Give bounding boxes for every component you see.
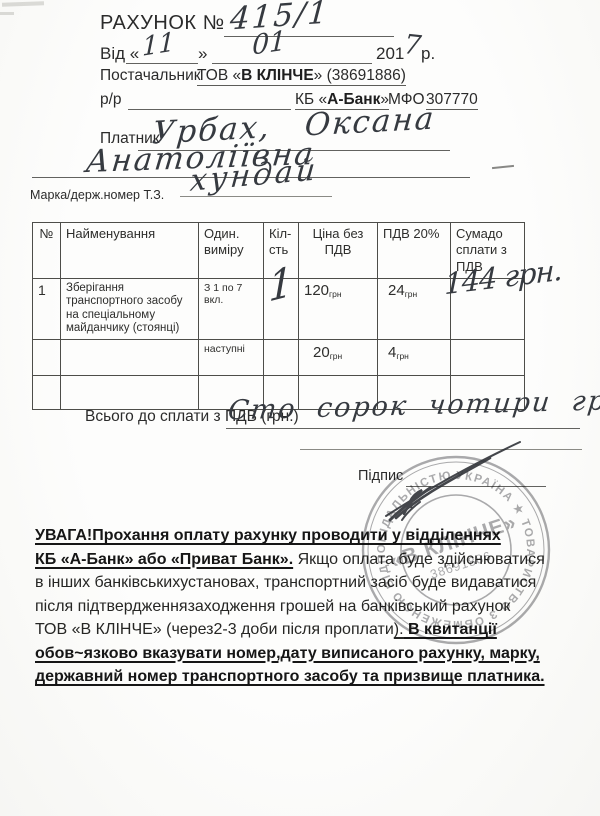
date-month-handwritten: 01: [252, 25, 287, 61]
cell-vat: 24грн: [378, 278, 451, 339]
cell-qty: [264, 340, 299, 376]
cell-name: [61, 340, 199, 376]
ruled-line: [212, 63, 372, 64]
vehicle-label: Марка/держ.номер Т.З.: [30, 188, 164, 202]
col-header-name: Найменування: [61, 223, 199, 279]
col-header-price: Ціна без ПДВ: [299, 223, 378, 279]
cell-price: 120грн: [299, 278, 378, 339]
invoice-table: № Найменування Один. виміру Кіл-сть Ціна…: [32, 222, 525, 410]
qty-handwritten: 1: [268, 258, 293, 312]
col-header-number: №: [33, 223, 61, 279]
notice-text: державний номер транспортного засобу та …: [35, 668, 545, 685]
supplier-label: Постачальник: [100, 67, 201, 85]
notice-text: ТОВ «В КЛІНЧЕ» (через2-3 доби після проп…: [35, 621, 394, 638]
signature-scribble: [368, 436, 544, 532]
supplier-name-suffix: » (38691886): [314, 67, 406, 84]
cell-vat: 4грн: [378, 340, 451, 376]
ruled-line: [126, 63, 198, 64]
date-suffix: р.: [421, 44, 435, 64]
scanned-invoice-page: РАХУНОК № 415/1 Від « 11 » 01 201 7 р. П…: [0, 0, 600, 816]
cell-number: 1: [33, 278, 61, 339]
col-header-unit: Один. виміру: [199, 223, 264, 279]
col-header-vat: ПДВ 20%: [378, 223, 451, 279]
cell-unit: З 1 по 7 вкл.: [199, 278, 264, 339]
scan-artifact: [0, 12, 14, 15]
date-year-handwritten: 7: [402, 29, 422, 62]
cell-price: 20грн: [299, 340, 378, 376]
cell-unit: наступні: [199, 340, 264, 376]
date-year-printed: 201: [376, 44, 404, 64]
cell-name: [61, 376, 199, 410]
supplier-value: ТОВ «В КЛІНЧЕ» (38691886): [197, 67, 406, 85]
cell-number: [33, 340, 61, 376]
account-label: р/р: [100, 91, 122, 109]
scan-artifact: [2, 1, 44, 6]
table-row: наступні 20грн 4грн: [33, 340, 525, 376]
pen-tick-mark: [492, 165, 514, 169]
notice-text: КБ «А-Банк» або «Приват Банк».: [35, 551, 293, 568]
date-close-quote: »: [198, 44, 207, 64]
cell-total: [451, 340, 525, 376]
ruled-line: [226, 428, 580, 429]
date-prefix: Від «: [100, 44, 139, 64]
cell-number: [33, 376, 61, 410]
date-day-handwritten: 11: [142, 27, 175, 63]
supplier-name-bold: В КЛІНЧЕ: [241, 67, 314, 84]
ruled-line: [224, 36, 394, 37]
supplier-name-prefix: ТОВ «: [197, 67, 241, 84]
ruled-line: [180, 196, 332, 197]
cell-name: Зберігання транспортного засобу на спеці…: [61, 278, 199, 339]
